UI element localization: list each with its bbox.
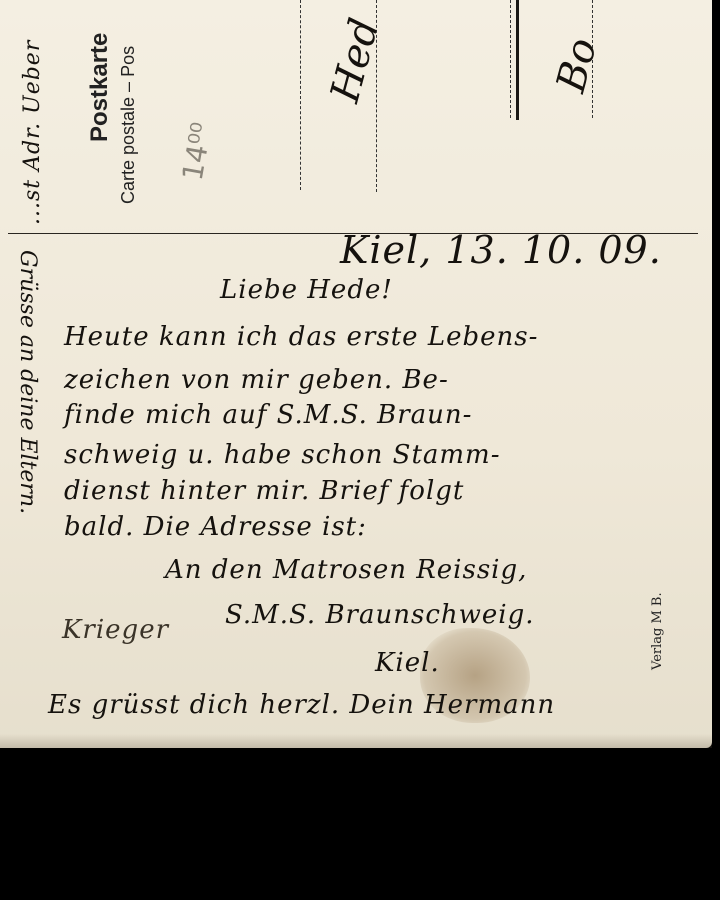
address-dotted-line — [300, 0, 301, 190]
address-line: Kiel. — [375, 648, 440, 678]
message-line: bald. Die Adresse ist: — [64, 512, 367, 542]
address-line: An den Matrosen Reissig, — [165, 555, 527, 585]
printed-title: Postkarte — [86, 33, 114, 142]
postcard: Postkarte Carte postale – Pos 14⁰⁰ ...st… — [0, 0, 712, 748]
message-salutation: Liebe Hede! — [220, 275, 393, 305]
top-left-handwriting: ...st Adr. Ueber — [20, 40, 45, 225]
pencil-note: 14⁰⁰ — [176, 120, 219, 183]
address-fragment: Bo — [548, 33, 606, 97]
message-line: schweig u. habe schon Stamm- — [64, 440, 501, 470]
margin-handwriting: Grüsse an deine Eltern. — [15, 250, 40, 514]
publisher-imprint: Verlag M B. — [650, 592, 665, 670]
message-closing: Es grüsst dich herzl. Dein Hermann — [48, 690, 555, 720]
printed-subtitle: Carte postale – Pos — [118, 46, 139, 204]
stamp-border-line — [516, 0, 519, 120]
address-dotted-line — [510, 0, 511, 118]
extra-name: Krieger — [62, 615, 169, 645]
message-line: zeichen von mir geben. Be- — [64, 365, 449, 395]
message-line: Heute kann ich das erste Lebens- — [64, 322, 538, 352]
message-line: finde mich auf S.M.S. Braun- — [64, 400, 472, 430]
message-line: dienst hinter mir. Brief folgt — [64, 476, 464, 506]
message-date: Kiel, 13. 10. 09. — [340, 228, 662, 272]
address-fragment: Hed — [322, 14, 388, 107]
address-line: S.M.S. Braunschweig. — [225, 600, 535, 630]
